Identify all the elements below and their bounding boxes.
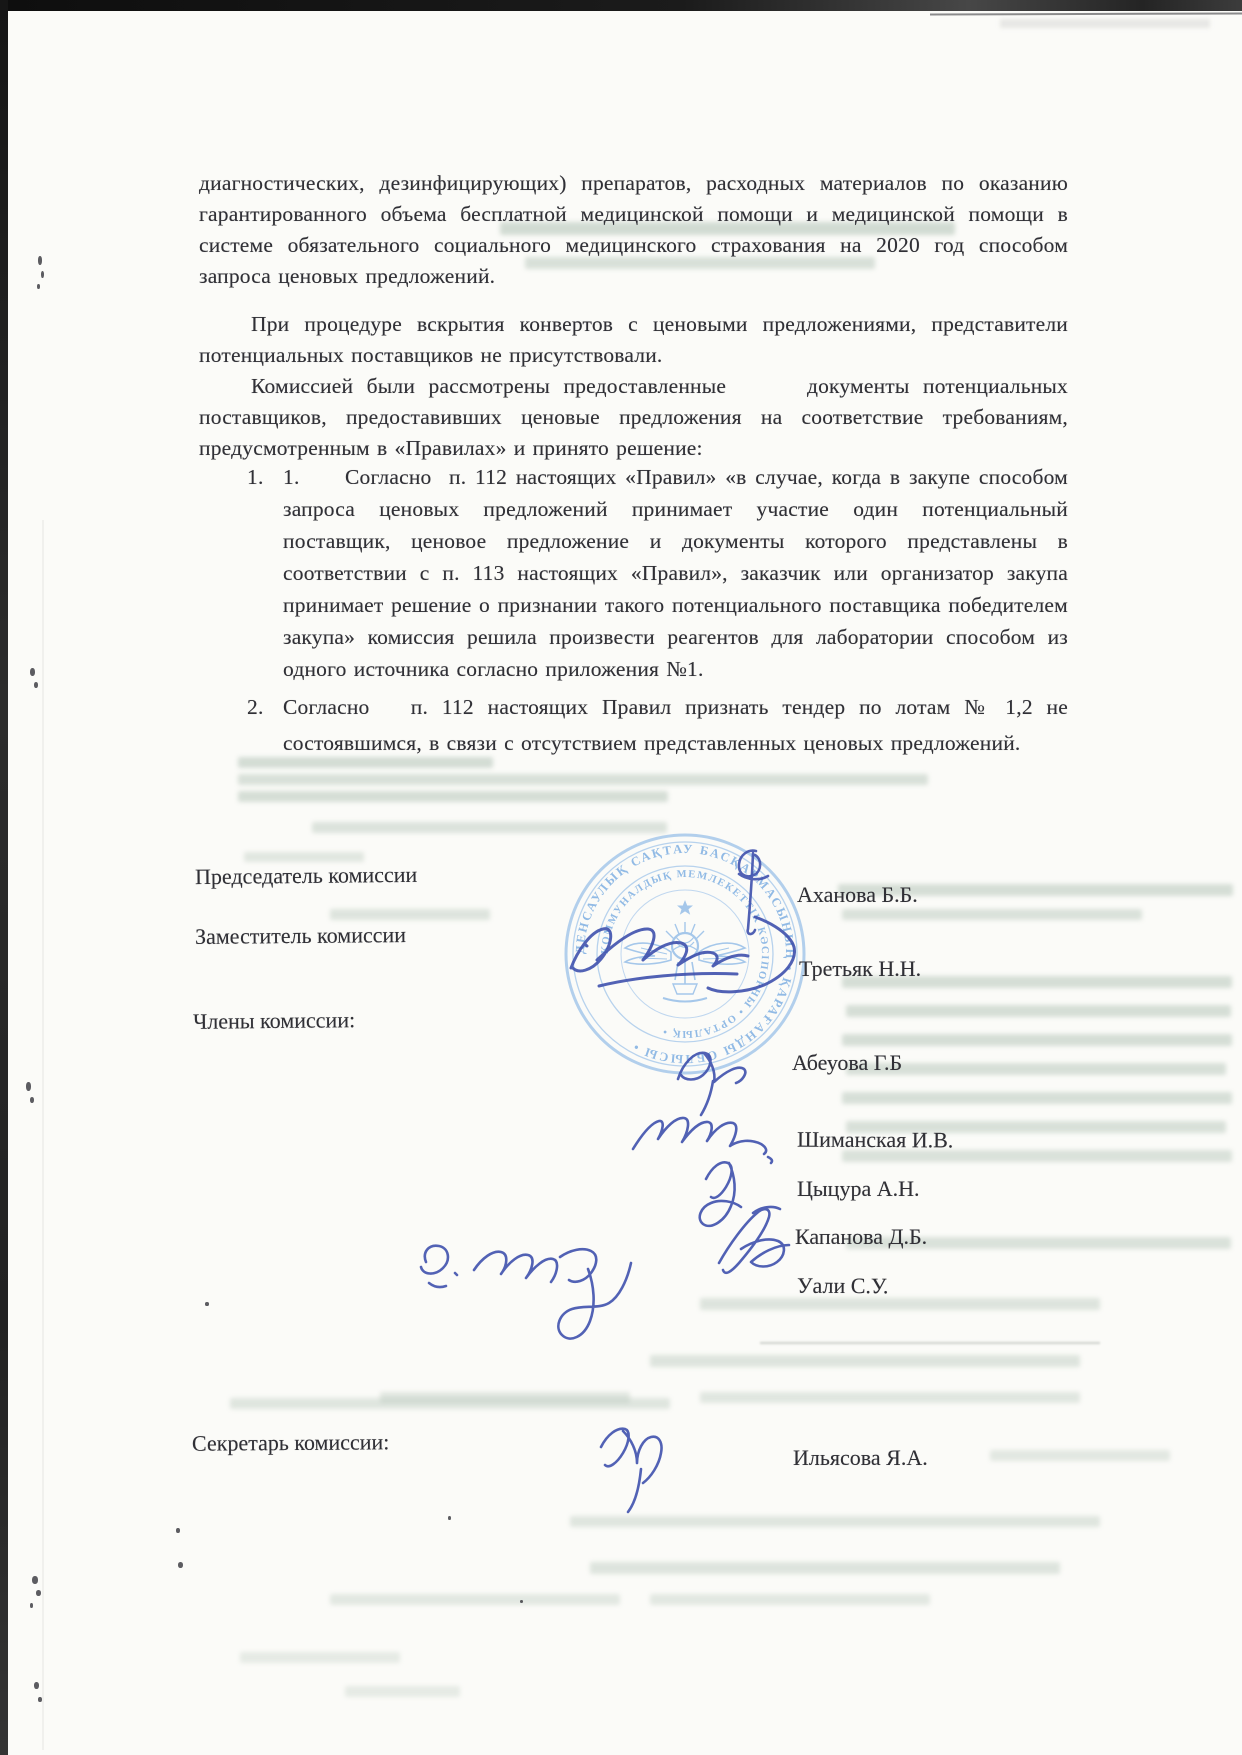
ink-speck xyxy=(26,1082,31,1091)
page: диагностических, дезинфицирующих) препар… xyxy=(0,0,1242,1755)
decision-1-text: Согласно п. 112 настоящих «Правил» «в сл… xyxy=(283,465,1068,681)
name-akhanova: Аханова Б.Б. xyxy=(797,882,918,908)
decision-1-submarker: 1. xyxy=(283,461,300,493)
ink-speck xyxy=(176,1528,180,1533)
ink-speck xyxy=(178,1562,183,1568)
role-deputy: Заместитель комиссии xyxy=(195,922,406,950)
paragraph-envelope-opening: При процедуре вскрытия конвертов с ценов… xyxy=(199,309,1068,371)
signature-shimanskaya xyxy=(633,1118,772,1163)
bleedthrough-artifact xyxy=(846,1005,1231,1017)
bleedthrough-artifact xyxy=(990,1450,1170,1461)
bleedthrough-artifact xyxy=(244,852,364,862)
scan-edge-left xyxy=(0,0,8,1755)
scan-hairline xyxy=(930,12,1242,15)
name-shimanskaya: Шиманская И.В. xyxy=(797,1127,953,1154)
name-tretyak: Третьяк Н.Н. xyxy=(799,956,921,982)
bleedthrough-rule xyxy=(760,1342,1100,1344)
ink-speck xyxy=(30,1603,33,1608)
ink-speck xyxy=(520,1600,523,1603)
bleedthrough-artifact xyxy=(842,1034,1232,1046)
bleedthrough-artifact xyxy=(230,1398,670,1409)
bleedthrough-artifact xyxy=(700,1298,1100,1310)
paragraph-subject: диагностических, дезинфицирующих) препар… xyxy=(199,168,1068,292)
ink-speck xyxy=(41,271,44,278)
seal-emblem xyxy=(625,900,745,1002)
bleedthrough-artifact xyxy=(650,1355,1080,1367)
role-secretary: Секретарь комиссии: xyxy=(192,1429,390,1456)
ink-speck xyxy=(448,1516,451,1520)
ink-speck xyxy=(38,1697,42,1702)
bleedthrough-artifact xyxy=(590,1562,1060,1574)
ink-speck xyxy=(36,1590,41,1596)
ink-speck xyxy=(38,256,42,265)
bleedthrough-artifact xyxy=(650,1594,930,1605)
bleedthrough-artifact xyxy=(238,774,928,785)
name-tsytsura: Цыцура А.Н. xyxy=(797,1176,919,1202)
bleedthrough-artifact xyxy=(238,791,668,802)
paper-fold-line xyxy=(42,520,44,1750)
scan-edge-top xyxy=(0,0,1242,11)
bleedthrough-artifact xyxy=(846,1063,1226,1075)
ink-speck xyxy=(30,1097,34,1103)
members-heading: Члены комиссии: xyxy=(193,1007,355,1035)
paragraph-commission-review: Комиссией были рассмотрены предоставленн… xyxy=(199,371,1068,464)
bleedthrough-artifact xyxy=(570,1516,1100,1527)
bleedthrough-artifact xyxy=(345,1686,460,1697)
ink-speck xyxy=(37,284,40,289)
ink-speck xyxy=(32,1576,38,1584)
svg-text:КОММУНАЛДЫҚ МЕМЛЕКЕТТІК КӘСІПО: КОММУНАЛДЫҚ МЕМЛЕКЕТТІК КӘСІПОРНЫ • ОРТА… xyxy=(600,869,770,1039)
signature-tsytsura xyxy=(700,1162,741,1226)
ink-speck xyxy=(34,1682,39,1689)
decision-2-marker: 2. xyxy=(247,689,264,725)
bleedthrough-artifact xyxy=(842,909,1142,920)
bleedthrough-artifact xyxy=(330,1594,620,1605)
official-seal: ДЕНСАУЛЫҚ САҚТАУ БАСҚАРМАСЫНЫҢ • ҚАРАҒАН… xyxy=(563,832,807,1076)
name-abeuova: Абеуова Г.Б xyxy=(792,1050,902,1076)
decision-item-2: 2. Согласно п. 112 настоящих Правил приз… xyxy=(283,689,1068,761)
signature-uali xyxy=(421,1246,631,1339)
signature-ilyasova xyxy=(601,1429,662,1512)
decision-2-text: Согласно п. 112 настоящих Правил признат… xyxy=(283,695,1068,755)
ink-speck xyxy=(205,1302,209,1306)
bleedthrough-artifact xyxy=(842,1092,1232,1104)
scan-smudge xyxy=(1000,19,1210,28)
decision-1-marker: 1. xyxy=(247,461,264,493)
ink-speck xyxy=(30,668,35,676)
bleedthrough-artifact xyxy=(700,1392,1080,1403)
bleedthrough-artifact xyxy=(330,909,490,920)
role-chairman: Председатель комиссии xyxy=(195,862,418,890)
name-ilyasova: Ильясова Я.А. xyxy=(793,1445,928,1471)
seal-inner-ring-text: КОММУНАЛДЫҚ МЕМЛЕКЕТТІК КӘСІПОРНЫ • ОРТА… xyxy=(600,869,770,1039)
signature-kapanova xyxy=(719,1207,789,1273)
decision-item-1: 1. 1. Согласно п. 112 настоящих «Правил»… xyxy=(283,461,1068,685)
name-uali: Уали С.У. xyxy=(797,1273,889,1299)
bleedthrough-artifact xyxy=(240,1652,400,1663)
ink-speck xyxy=(34,682,38,688)
name-kapanova: Капанова Д.Б. xyxy=(795,1224,927,1250)
